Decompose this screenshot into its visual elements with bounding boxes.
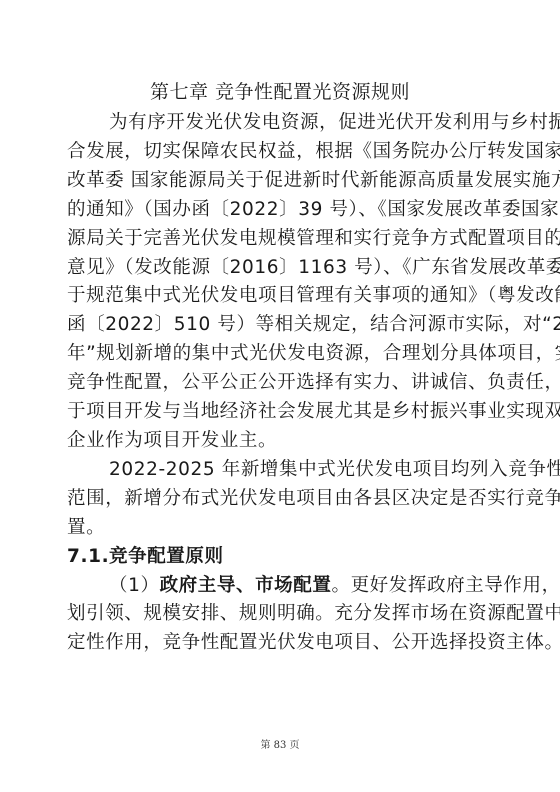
- text-line: 意见》（发改能源〔2016〕1163 号）、《广东省发展改革委关: [67, 254, 493, 283]
- text-line: 定性作用，竞争性配置光伏发电项目、公开选择投资主体。: [67, 629, 493, 658]
- principle-prefix: （1）: [109, 575, 160, 596]
- text-line: 改革委 国家能源局关于促进新时代新能源高质量发展实施方案: [67, 167, 493, 196]
- principle-1: （1）政府主导、市场配置。更好发挥政府主导作用，做好规 划引领、规模安排、规则明…: [67, 572, 493, 659]
- text-line: 年”规划新增的集中式光伏发电资源，合理划分具体项目，实行: [67, 340, 493, 369]
- document-page: 第七章 竞争性配置光资源规则 为有序开发光伏发电资源，促进光伏开发利用与乡村振兴…: [0, 0, 560, 792]
- text-line: 的通知》（国办函〔2022〕39 号）、《国家发展改革委国家能: [67, 196, 493, 225]
- text-line: 函〔2022〕510 号）等相关规定，结合河源市实际，对“2022-2025: [67, 311, 493, 340]
- text-line: 于项目开发与当地经济社会发展尤其是乡村振兴事业实现双赢的: [67, 398, 493, 427]
- paragraph-1: 为有序开发光伏发电资源，促进光伏开发利用与乡村振兴融 合发展，切实保障农民权益，…: [67, 109, 493, 456]
- text-line: 为有序开发光伏发电资源，促进光伏开发利用与乡村振兴融: [67, 109, 493, 138]
- text-line: 范围，新增分布式光伏发电项目由各县区决定是否实行竞争性配: [67, 485, 493, 514]
- text-line: 2022-2025 年新增集中式光伏发电项目均列入竞争性配置: [67, 456, 493, 485]
- section-title: 竞争配置原则: [109, 546, 224, 567]
- text-line: 合发展，切实保障农民权益，根据《国务院办公厅转发国家发展: [67, 138, 493, 167]
- text-line: 竞争性配置，公平公正公开选择有实力、讲诚信、负责任，致力: [67, 369, 493, 398]
- document-body: 为有序开发光伏发电资源，促进光伏开发利用与乡村振兴融 合发展，切实保障农民权益，…: [67, 109, 493, 658]
- section-heading: 7.1.竞争配置原则: [67, 543, 493, 572]
- text-line: 置。: [67, 514, 493, 543]
- section-number: 7.1.: [67, 543, 109, 572]
- chapter-title: 第七章 竞争性配置光资源规则: [0, 77, 560, 107]
- text-line: 划引领、规模安排、规则明确。充分发挥市场在资源配置中的决: [67, 600, 493, 629]
- text-line: 源局关于完善光伏发电规模管理和实行竞争方式配置项目的指导: [67, 225, 493, 254]
- text-line: 企业作为项目开发业主。: [67, 427, 493, 456]
- text-line: 于规范集中式光伏发电项目管理有关事项的通知》（粤发改能源: [67, 282, 493, 311]
- principle-text: 。更好发挥政府主导作用，做好规: [331, 575, 560, 596]
- paragraph-2: 2022-2025 年新增集中式光伏发电项目均列入竞争性配置 范围，新增分布式光…: [67, 456, 493, 543]
- page-number: 第 83 页: [0, 736, 560, 751]
- principle-bold-text: 政府主导、市场配置: [160, 575, 332, 596]
- text-line: （1）政府主导、市场配置。更好发挥政府主导作用，做好规: [67, 572, 493, 601]
